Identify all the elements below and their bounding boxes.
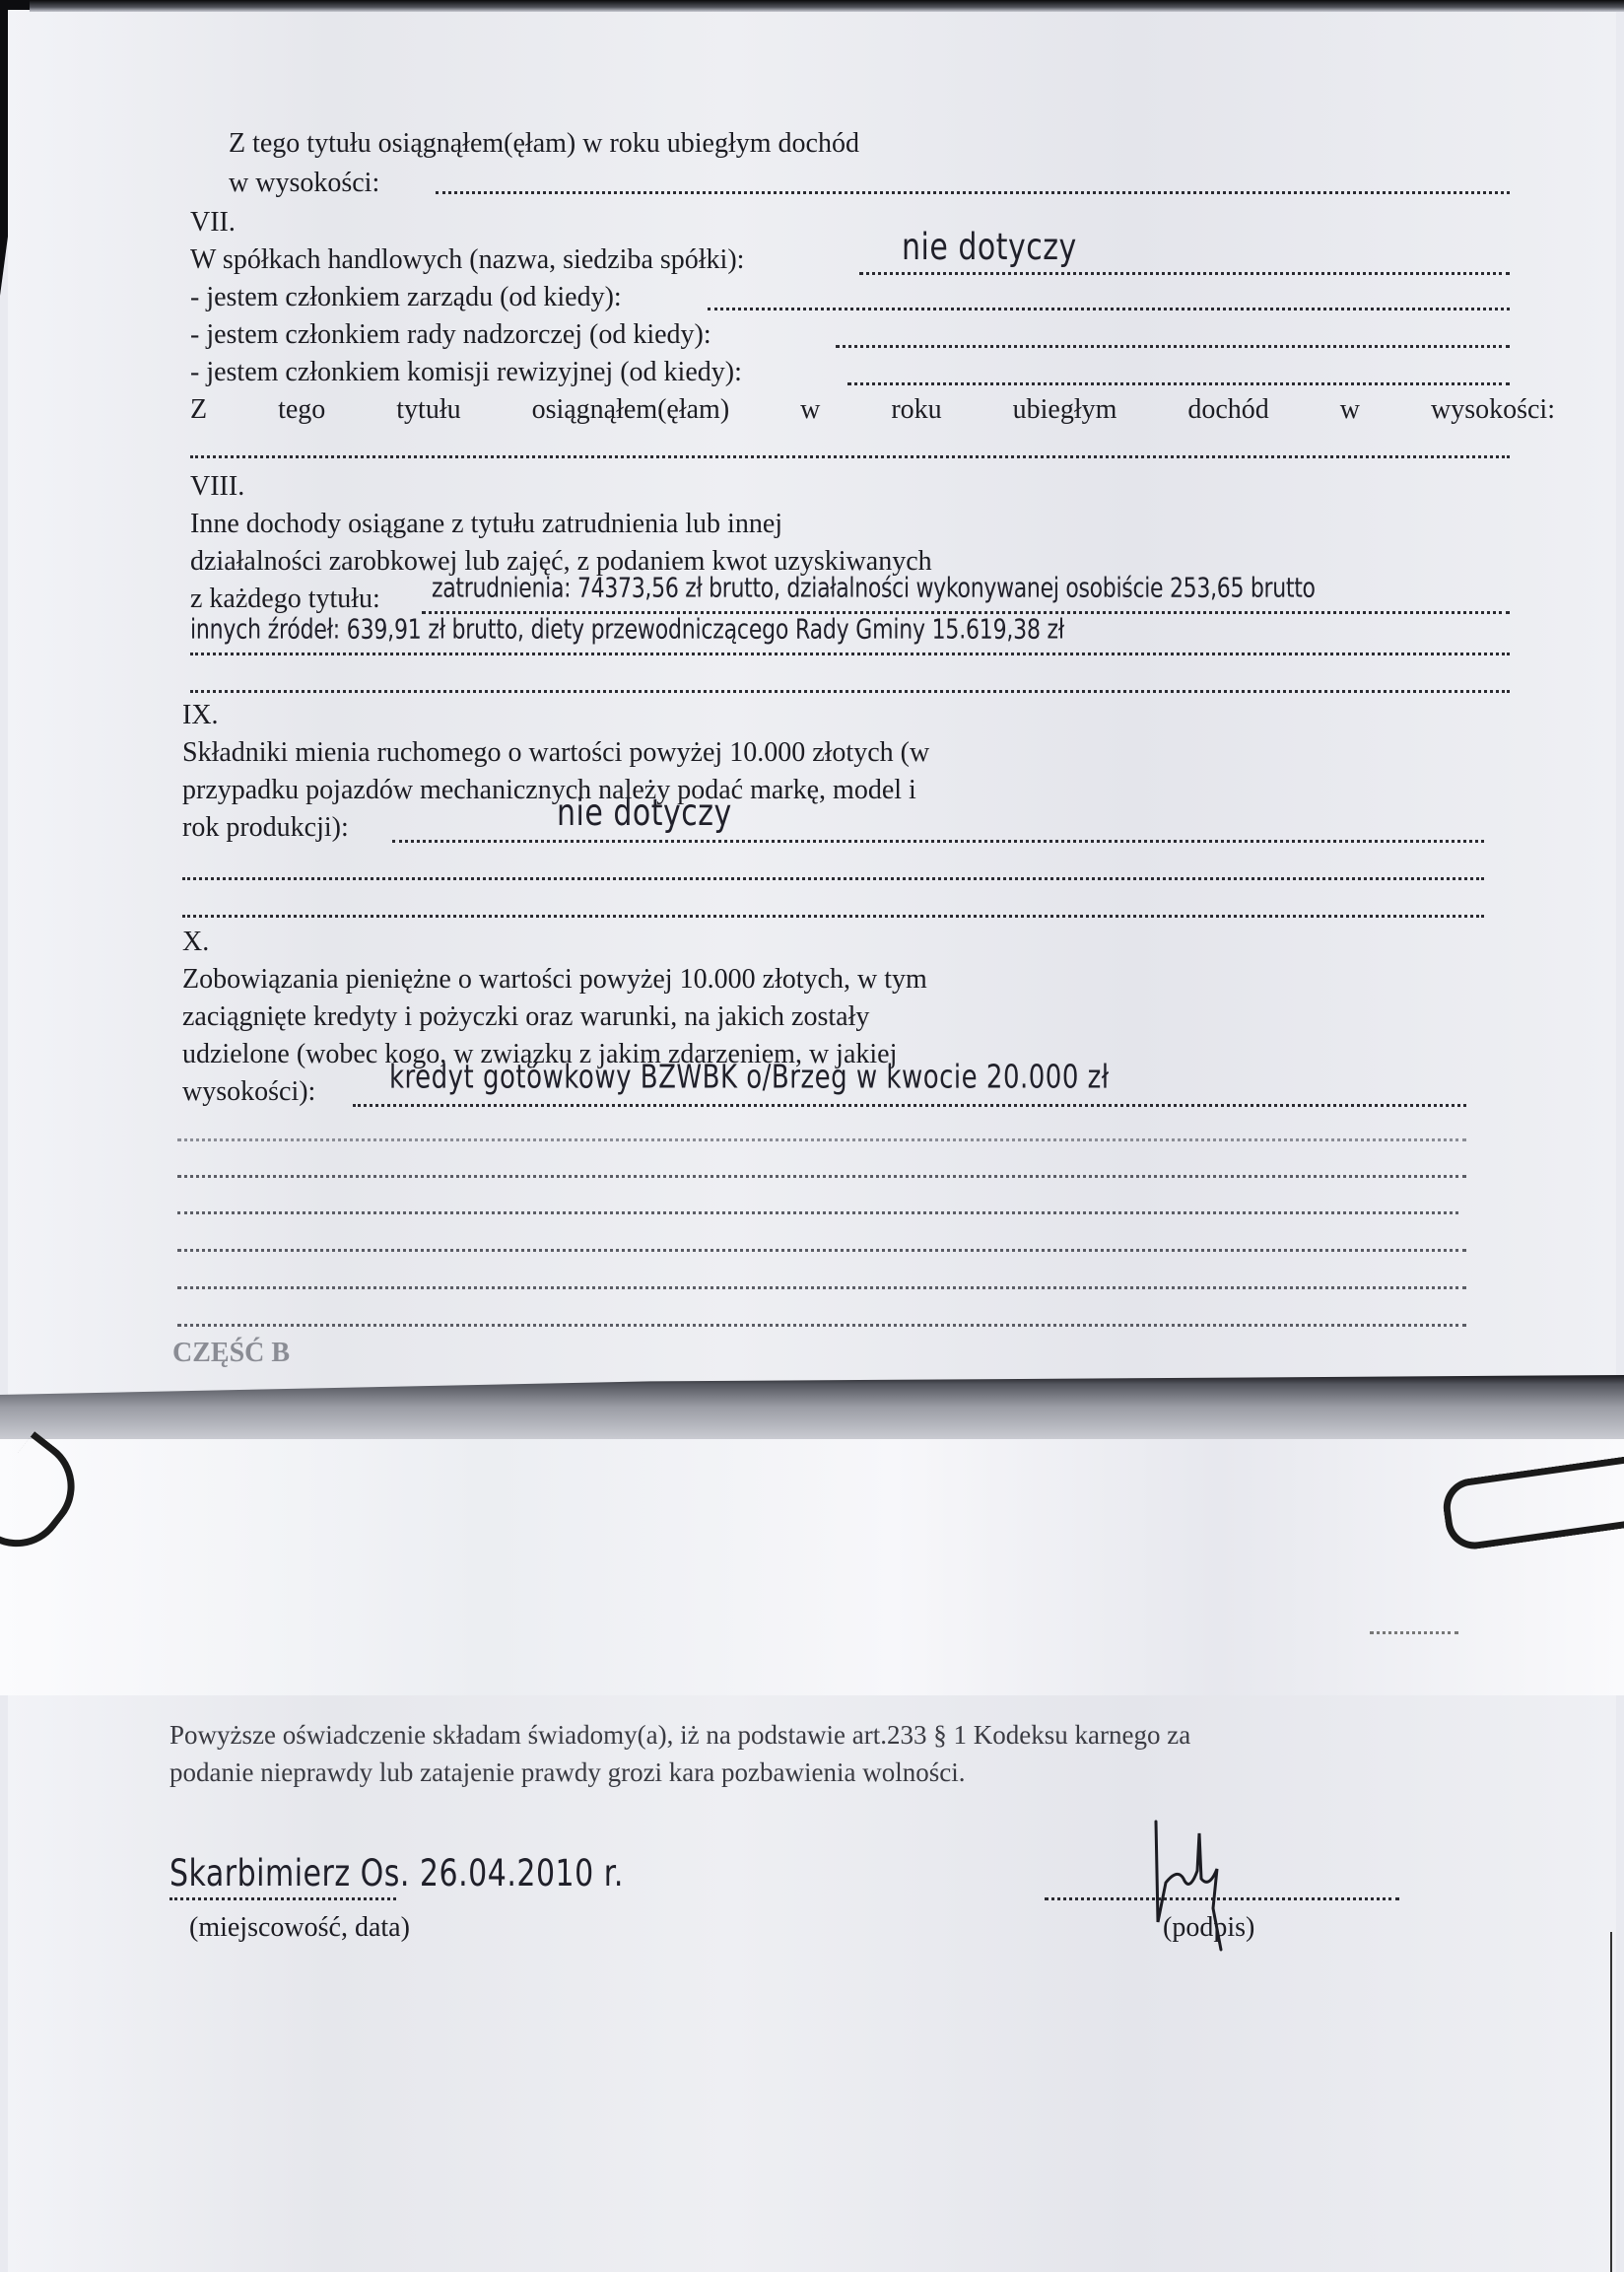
movable-property-field-1[interactable]: [392, 840, 1484, 843]
section-x-line-2: zaciągnięte kredyty i pożyczki oraz waru…: [182, 999, 869, 1035]
other-income-field-3[interactable]: [190, 690, 1510, 693]
movable-property-value: nie dotyczy: [557, 792, 732, 835]
word: w: [1340, 392, 1360, 428]
word: osiągnąłem(ęłam): [532, 392, 730, 428]
section-x-line-1: Zobowiązania pieniężne o wartości powyże…: [182, 962, 927, 998]
word: Z: [190, 392, 207, 428]
word: tytułu: [396, 392, 460, 428]
section-ix-line-2: przypadku pojazdów mechanicznych należy …: [182, 773, 916, 808]
liabilities-field-2[interactable]: [177, 1138, 1466, 1141]
liabilities-field-5[interactable]: [177, 1249, 1466, 1252]
word: ubiegłym: [1013, 392, 1117, 428]
word: tego: [278, 392, 325, 428]
other-income-value-1: zatrudnienia: 74373,56 zł brutto, działa…: [432, 574, 1316, 604]
partial-field: [1370, 1631, 1458, 1634]
place-date-value: Skarbimierz Os. 26.04.2010 r.: [169, 1852, 624, 1895]
section-x-line-4-label: wysokości):: [182, 1074, 315, 1110]
section-vii-numeral: VII.: [190, 205, 236, 241]
paper-edge: [1610, 1932, 1612, 2272]
section-vi-amount-label: w wysokości:: [229, 166, 379, 201]
movable-property-field-3[interactable]: [182, 915, 1484, 918]
word: w: [800, 392, 820, 428]
declaration-line-2: podanie nieprawdy lub zatajenie prawdy g…: [169, 1755, 965, 1790]
liabilities-field-4[interactable]: [177, 1211, 1458, 1214]
folded-sheet: [0, 1439, 1624, 1695]
liabilities-field-7[interactable]: [177, 1324, 1466, 1327]
other-income-value-2: innych źródeł: 639,91 zł brutto, diety p…: [190, 615, 1064, 646]
companies-field[interactable]: [859, 272, 1510, 275]
section-viii-line-1: Inne dochody osiągane z tytułu zatrudnie…: [190, 507, 782, 542]
liabilities-field-1[interactable]: [353, 1104, 1466, 1107]
companies-label: W spółkach handlowych (nazwa, siedziba s…: [190, 242, 744, 278]
section-ix-line-1: Składniki mienia ruchomego o wartości po…: [182, 735, 929, 771]
section-vii-income-field[interactable]: [190, 455, 1510, 458]
liabilities-value: kredyt gotówkowy BZWBK o/Brzeg w kwocie …: [389, 1060, 1110, 1097]
part-b-heading: CZĘŚĆ B: [172, 1336, 290, 1371]
movable-property-field-2[interactable]: [182, 877, 1484, 880]
word: wysokości:: [1431, 392, 1555, 428]
section-vii-income-line: Z tego tytułu osiągnąłem(ęłam) w roku ub…: [190, 392, 1555, 428]
declaration-line-1: Powyższe oświadczenie składam świadomy(a…: [169, 1717, 1190, 1753]
companies-value: nie dotyczy: [902, 226, 1077, 269]
other-income-field-1[interactable]: [422, 611, 1510, 614]
signature-label: (podpis): [1163, 1910, 1254, 1946]
section-viii-line-3-label: z każdego tytułu:: [190, 582, 380, 617]
section-ix-numeral: IX.: [182, 698, 219, 733]
board-member-label: - jestem członkiem zarządu (od kiedy):: [190, 280, 622, 315]
section-vi-amount-field[interactable]: [436, 191, 1510, 194]
word: dochód: [1187, 392, 1268, 428]
liabilities-field-3[interactable]: [177, 1175, 1466, 1178]
liabilities-field-6[interactable]: [177, 1286, 1466, 1289]
section-viii-numeral: VIII.: [190, 469, 244, 505]
paper-top-edge: [30, 0, 1624, 12]
supervisory-board-field[interactable]: [836, 345, 1510, 348]
section-ix-line-3-label: rok produkcji):: [182, 810, 349, 846]
other-income-field-2[interactable]: [190, 653, 1510, 655]
section-x-numeral: X.: [182, 925, 209, 960]
supervisory-board-label: - jestem członkiem rady nadzorczej (od k…: [190, 317, 711, 353]
word: roku: [891, 392, 941, 428]
place-date-field[interactable]: [169, 1897, 396, 1900]
section-vi-income-line: Z tego tytułu osiągnąłem(ęłam) w roku ub…: [229, 126, 859, 162]
audit-committee-label: - jestem członkiem komisji rewizyjnej (o…: [190, 355, 742, 390]
place-date-label: (miejscowość, data): [189, 1910, 410, 1946]
board-member-field[interactable]: [708, 308, 1510, 310]
audit-committee-field[interactable]: [847, 382, 1510, 385]
